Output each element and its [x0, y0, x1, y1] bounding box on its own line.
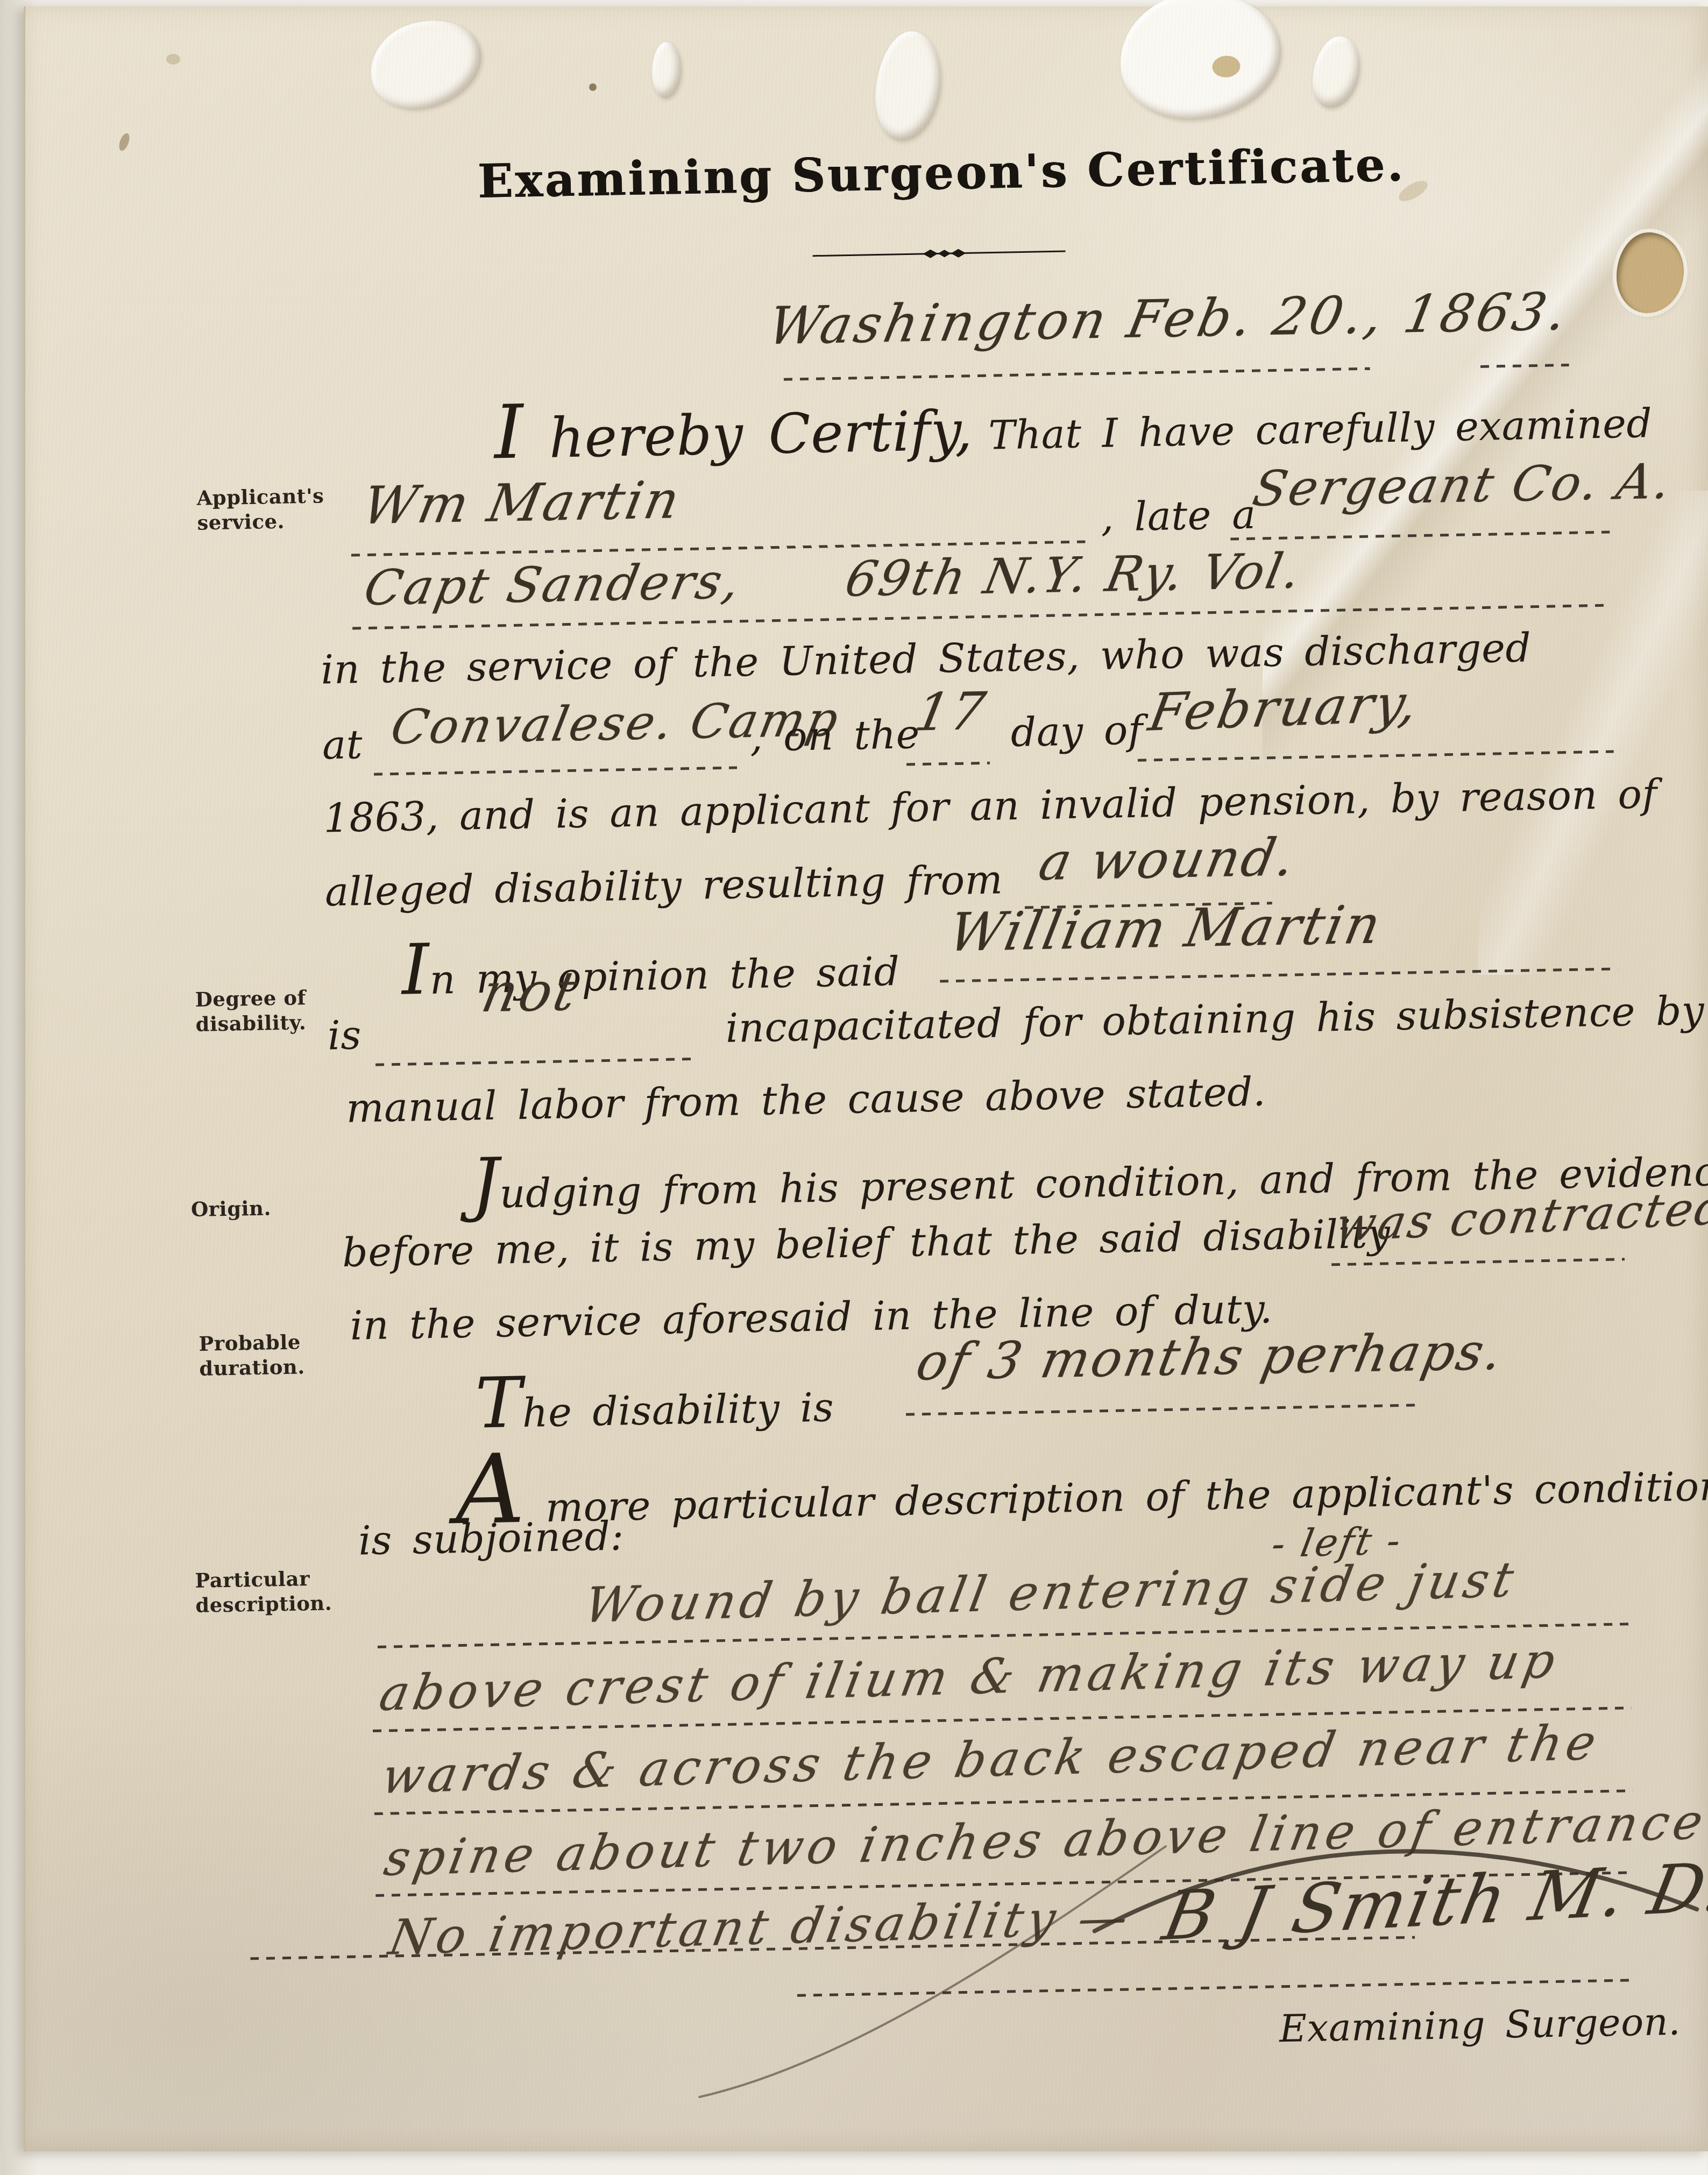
description-line-1: Wound by ball entering side just — [580, 1551, 1522, 1634]
description-line-2: above crest of ilium & making its way up — [375, 1632, 1564, 1722]
description-line-3: wards & across the back escaped near the — [378, 1714, 1605, 1805]
signature-descender-stroke — [687, 1841, 1175, 2102]
examining-surgeon-label: Examining Surgeon. — [1279, 2000, 1681, 2051]
paper-sheet: Examining Surgeon's Certificate. Washing… — [24, 6, 1708, 2151]
form-content: Examining Surgeon's Certificate. Washing… — [8, 0, 1708, 2151]
